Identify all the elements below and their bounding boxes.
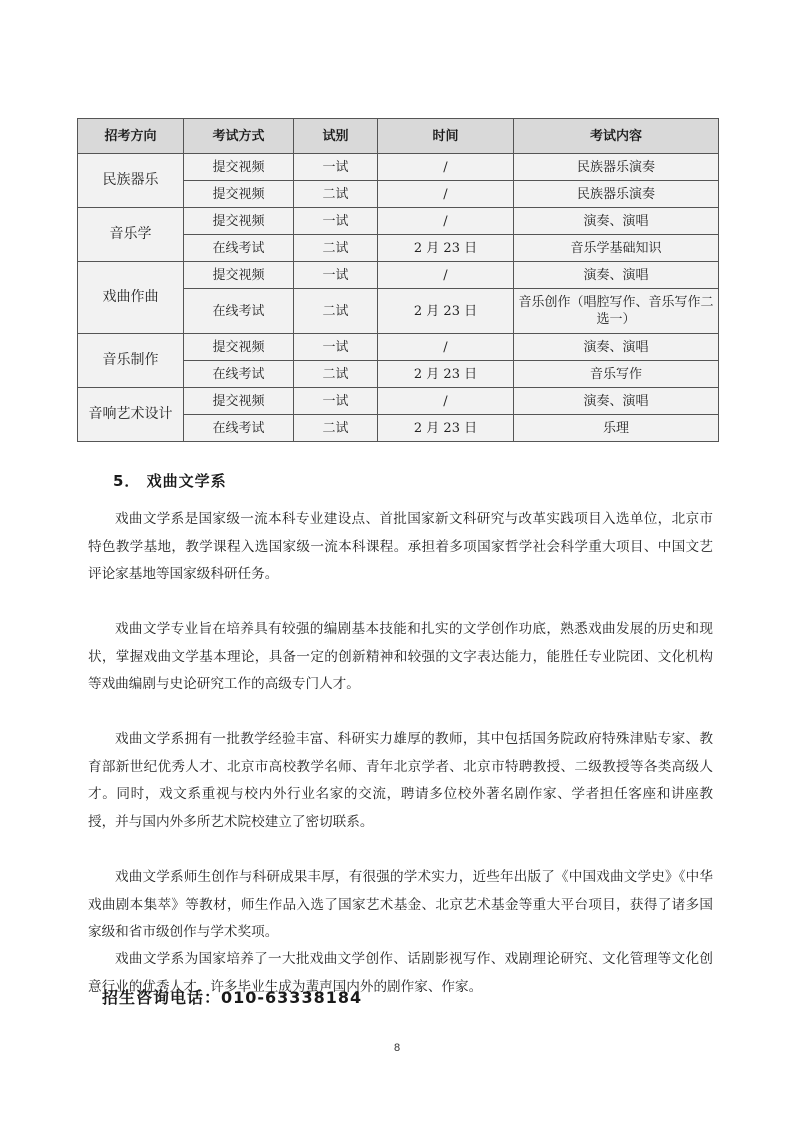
table-row: 民族器乐 提交视频 一试 / 民族器乐演奏 bbox=[78, 154, 719, 181]
method-cell: 提交视频 bbox=[184, 208, 294, 235]
time-cell: 2 月 23 日 bbox=[378, 235, 514, 262]
round-cell: 一试 bbox=[294, 334, 378, 361]
method-cell: 提交视频 bbox=[184, 181, 294, 208]
page-number: 8 bbox=[0, 1042, 794, 1054]
round-cell: 一试 bbox=[294, 208, 378, 235]
paragraph-achievements: 戏曲文学系师生创作与科研成果丰厚，有很强的学术实力，近些年出版了《中国戏曲文学史… bbox=[88, 864, 713, 947]
content-cell: 演奏、演唱 bbox=[514, 334, 719, 361]
method-cell: 在线考试 bbox=[184, 415, 294, 442]
section-heading: 5． 戏曲文学系 bbox=[113, 470, 227, 491]
content-cell: 民族器乐演奏 bbox=[514, 154, 719, 181]
direction-cell: 音乐制作 bbox=[78, 334, 184, 388]
round-cell: 二试 bbox=[294, 235, 378, 262]
round-cell: 二试 bbox=[294, 289, 378, 334]
round-cell: 二试 bbox=[294, 181, 378, 208]
time-cell: 2 月 23 日 bbox=[378, 289, 514, 334]
content-cell: 音乐写作 bbox=[514, 361, 719, 388]
header-time: 时间 bbox=[378, 119, 514, 154]
document-page: 招考方向 考试方式 试别 时间 考试内容 民族器乐 提交视频 一试 / 民族器乐… bbox=[0, 0, 794, 1123]
content-cell: 演奏、演唱 bbox=[514, 388, 719, 415]
content-cell: 音乐学基础知识 bbox=[514, 235, 719, 262]
method-cell: 提交视频 bbox=[184, 334, 294, 361]
round-cell: 二试 bbox=[294, 415, 378, 442]
content-cell: 演奏、演唱 bbox=[514, 208, 719, 235]
table-row: 戏曲作曲 提交视频 一试 / 演奏、演唱 bbox=[78, 262, 719, 289]
time-cell: / bbox=[378, 181, 514, 208]
time-cell: / bbox=[378, 262, 514, 289]
time-cell: 2 月 23 日 bbox=[378, 415, 514, 442]
header-direction: 招考方向 bbox=[78, 119, 184, 154]
round-cell: 一试 bbox=[294, 154, 378, 181]
method-cell: 在线考试 bbox=[184, 361, 294, 388]
header-round: 试别 bbox=[294, 119, 378, 154]
content-cell: 乐理 bbox=[514, 415, 719, 442]
table-row: 音乐制作 提交视频 一试 / 演奏、演唱 bbox=[78, 334, 719, 361]
method-cell: 提交视频 bbox=[184, 388, 294, 415]
admissions-phone: 招生咨询电话：010-63338184 bbox=[102, 985, 362, 1008]
round-cell: 一试 bbox=[294, 388, 378, 415]
method-cell: 提交视频 bbox=[184, 154, 294, 181]
paragraph-program-goal: 戏曲文学专业旨在培养具有较强的编剧基本技能和扎实的文学创作功底，熟悉戏曲发展的历… bbox=[88, 616, 713, 699]
content-cell: 民族器乐演奏 bbox=[514, 181, 719, 208]
paragraph-intro: 戏曲文学系是国家级一流本科专业建设点、首批国家新文科研究与改革实践项目入选单位，… bbox=[88, 506, 713, 589]
time-cell: / bbox=[378, 154, 514, 181]
paragraph-faculty: 戏曲文学系拥有一批教学经验丰富、科研实力雄厚的教师，其中包括国务院政府特殊津贴专… bbox=[88, 726, 713, 836]
time-cell: 2 月 23 日 bbox=[378, 361, 514, 388]
content-cell: 音乐创作（唱腔写作、音乐写作二选一） bbox=[514, 289, 719, 334]
header-content: 考试内容 bbox=[514, 119, 719, 154]
direction-cell: 戏曲作曲 bbox=[78, 262, 184, 334]
method-cell: 提交视频 bbox=[184, 262, 294, 289]
method-cell: 在线考试 bbox=[184, 235, 294, 262]
direction-cell: 音响艺术设计 bbox=[78, 388, 184, 442]
round-cell: 二试 bbox=[294, 361, 378, 388]
round-cell: 一试 bbox=[294, 262, 378, 289]
table-row: 音响艺术设计 提交视频 一试 / 演奏、演唱 bbox=[78, 388, 719, 415]
time-cell: / bbox=[378, 388, 514, 415]
time-cell: / bbox=[378, 334, 514, 361]
table-header-row: 招考方向 考试方式 试别 时间 考试内容 bbox=[78, 119, 719, 154]
method-cell: 在线考试 bbox=[184, 289, 294, 334]
direction-cell: 音乐学 bbox=[78, 208, 184, 262]
time-cell: / bbox=[378, 208, 514, 235]
header-method: 考试方式 bbox=[184, 119, 294, 154]
direction-cell: 民族器乐 bbox=[78, 154, 184, 208]
table-row: 音乐学 提交视频 一试 / 演奏、演唱 bbox=[78, 208, 719, 235]
exam-schedule-table: 招考方向 考试方式 试别 时间 考试内容 民族器乐 提交视频 一试 / 民族器乐… bbox=[77, 118, 719, 442]
content-cell: 演奏、演唱 bbox=[514, 262, 719, 289]
